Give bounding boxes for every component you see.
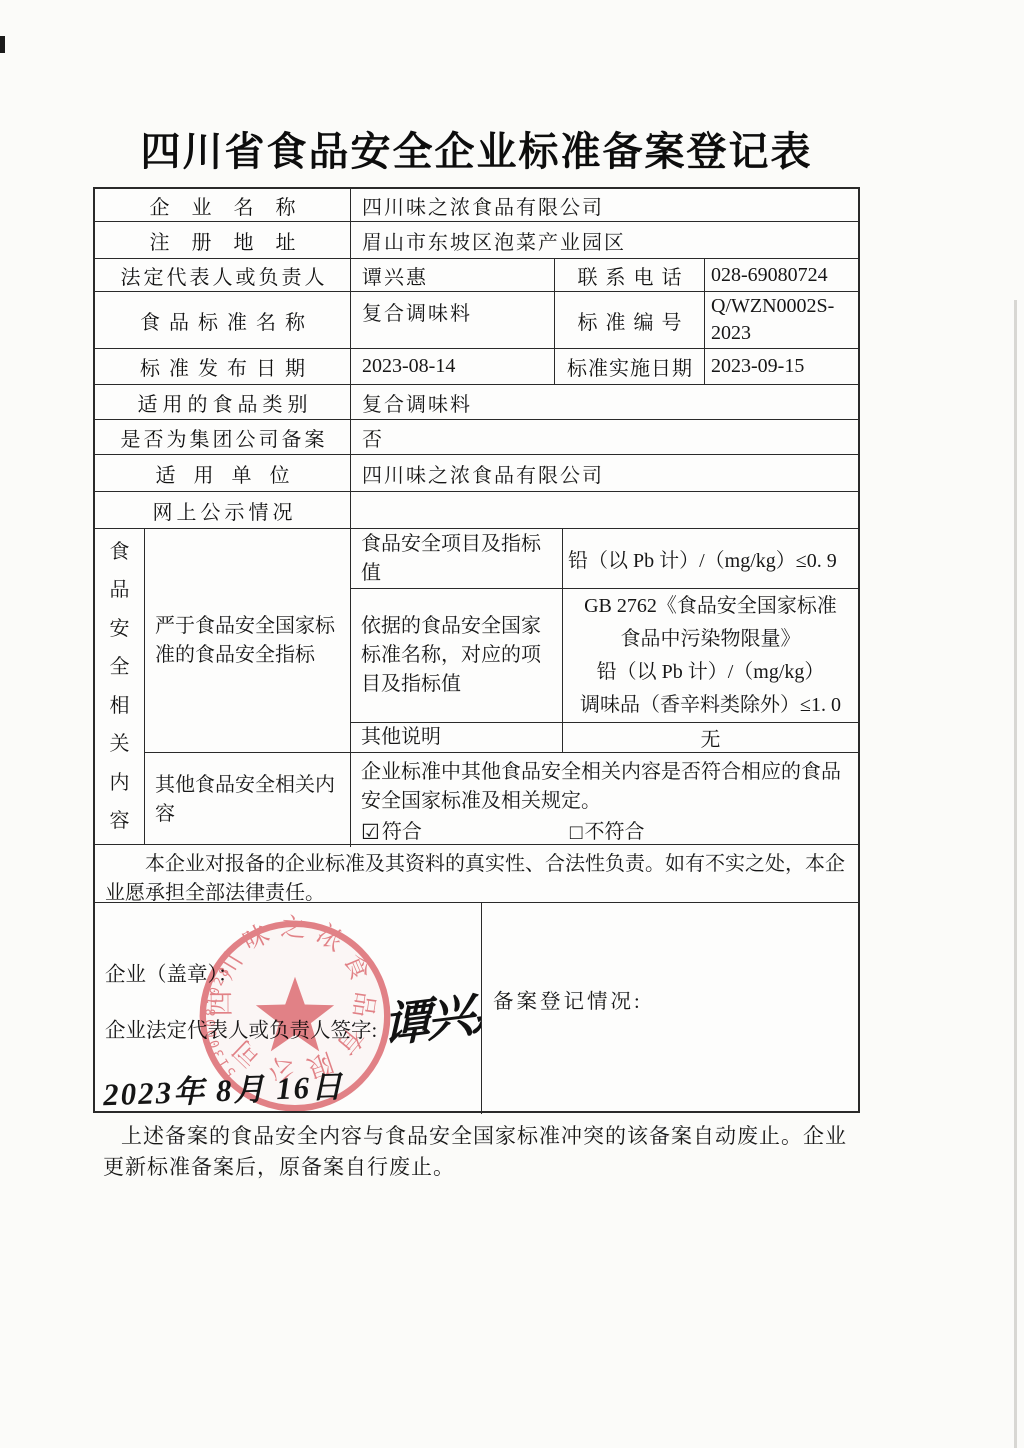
basis-line-4: 调味品（香辛料类除外）≤1. 0 bbox=[563, 689, 858, 722]
basis-line-3: 铅（以 Pb 计）/（mg/kg） bbox=[563, 656, 858, 689]
declaration-row: 本企业对报备的企业标准及其资料的真实性、合法性负责。如有不实之处，本企业愿承担全… bbox=[95, 845, 858, 903]
handwritten-date: 2023年 8月 16日 bbox=[102, 1061, 344, 1114]
basis-standard-value: GB 2762《食品安全国家标准 食品中污染物限量》 铅（以 Pb 计）/（mg… bbox=[563, 589, 858, 722]
group-filing-label: 是否为集团公司备案 bbox=[118, 423, 328, 452]
other-related-value-cell: 企业标准中其他食品安全相关内容是否符合相应的食品安全国家标准及相关规定。 ☑ 符… bbox=[351, 753, 858, 847]
phone-value: 028-69080724 bbox=[705, 259, 858, 291]
group-filing-label-cell: 是否为集团公司备案 bbox=[95, 420, 351, 454]
other-related-label-cell: 其他食品安全相关内容 bbox=[145, 753, 351, 847]
standard-name-label-cell: 食品标准名称 bbox=[95, 292, 351, 348]
scan-artifact-left bbox=[0, 36, 5, 53]
safety-side-label: 食品安全相关内容 bbox=[108, 533, 132, 841]
safety-item-label-cell: 食品安全项目及指标值 bbox=[351, 529, 563, 588]
signature-row: 企业（盖章）： 企业法定代表人或负责人签字: 2023年 8月 16日 谭兴惠 … bbox=[95, 903, 858, 1114]
other-related-text: 企业标准中其他食品安全相关内容是否符合相应的食品安全国家标准及相关规定。 bbox=[361, 761, 841, 812]
declaration-text: 本企业对报备的企业标准及其资料的真实性、合法性负责。如有不实之处，本企业愿承担全… bbox=[95, 845, 858, 902]
standard-name-value: 复合调味料 bbox=[351, 292, 555, 348]
row-food-category: 适用的食品类别 复合调味料 bbox=[95, 385, 858, 420]
online-publicity-label: 网上公示情况 bbox=[149, 496, 297, 525]
checkbox-unchecked-icon: □ bbox=[570, 818, 583, 847]
publish-date-value: 2023-08-14 bbox=[351, 349, 555, 384]
stricter-indicator-label: 严于食品安全国家标准的食品安全指标 bbox=[155, 612, 338, 670]
row-standard-dates: 标准发布日期 2023-08-14 标准实施日期 2023-09-15 bbox=[95, 349, 858, 385]
row-standard-name-number: 食品标准名称 复合调味料 标准编号 Q/WZN0002S-2023 bbox=[95, 292, 858, 349]
implement-date-label: 标准实施日期 bbox=[566, 352, 693, 381]
company-seal-cell: 企业（盖章）： 企业法定代表人或负责人签字: 2023年 8月 16日 谭兴惠 … bbox=[95, 903, 482, 1114]
basis-line-2: 食品中污染物限量》 bbox=[563, 623, 858, 656]
registration-status-cell: 备案登记情况: bbox=[482, 903, 858, 1114]
publish-date-label-cell: 标准发布日期 bbox=[95, 349, 351, 384]
food-category-label: 适用的食品类别 bbox=[133, 388, 313, 417]
group-filing-value: 否 bbox=[351, 420, 858, 454]
standard-number-label: 标准编号 bbox=[570, 306, 690, 335]
safety-item-value: 铅（以 Pb 计）/（mg/kg）≤0. 9 bbox=[563, 529, 858, 588]
company-name-value: 四川味之浓食品有限公司 bbox=[351, 189, 858, 221]
food-safety-section: 食品安全相关内容 严于食品安全国家标准的食品安全指标 食品安全项目及指标值 铅（… bbox=[95, 529, 858, 845]
legal-rep-label: 法定代表人或负责人 bbox=[118, 261, 328, 290]
safety-item-label: 食品安全项目及指标值 bbox=[361, 530, 550, 588]
publish-date-label: 标准发布日期 bbox=[131, 352, 314, 381]
phone-label: 联系电话 bbox=[570, 261, 690, 290]
row-company-name: 企业名称 四川味之浓食品有限公司 bbox=[95, 189, 858, 222]
online-publicity-label-cell: 网上公示情况 bbox=[95, 492, 351, 528]
safety-side-label-cell: 食品安全相关内容 bbox=[95, 529, 145, 844]
compliance-check-line: ☑ 符合 □ 不符合 bbox=[361, 818, 848, 847]
legal-rep-label-cell: 法定代表人或负责人 bbox=[95, 259, 351, 291]
applicable-unit-value: 四川味之浓食品有限公司 bbox=[351, 455, 858, 491]
applicable-unit-label: 适用单位 bbox=[138, 459, 308, 488]
row-legal-rep-phone: 法定代表人或负责人 谭兴惠 联系电话 028-69080724 bbox=[95, 259, 858, 292]
basis-standard-label: 依据的食品安全国家标准名称，对应的项目及指标值 bbox=[361, 612, 550, 699]
registration-table: 企业名称 四川味之浓食品有限公司 注册地址 眉山市东坡区泡菜产业园区 法定代表人… bbox=[93, 187, 860, 1113]
online-publicity-value bbox=[351, 492, 858, 528]
other-note-value: 无 bbox=[563, 723, 858, 752]
food-category-label-cell: 适用的食品类别 bbox=[95, 385, 351, 419]
company-name-label: 企业名称 bbox=[128, 191, 318, 220]
registered-address-label: 注册地址 bbox=[128, 226, 318, 255]
row-registered-address: 注册地址 眉山市东坡区泡菜产业园区 bbox=[95, 222, 858, 259]
other-note-label-cell: 其他说明 bbox=[351, 723, 563, 752]
registered-address-value: 眉山市东坡区泡菜产业园区 bbox=[351, 222, 858, 258]
basis-line-1: GB 2762《食品安全国家标准 bbox=[563, 590, 858, 623]
other-note-label: 其他说明 bbox=[361, 723, 441, 752]
basis-standard-label-cell: 依据的食品安全国家标准名称，对应的项目及指标值 bbox=[351, 589, 563, 722]
standard-number-value: Q/WZN0002S-2023 bbox=[705, 292, 858, 348]
applicable-unit-label-cell: 适用单位 bbox=[95, 455, 351, 491]
footer-note: 上述备案的食品安全内容与食品安全国家标准冲突的该备案自动废止。企业更新标准备案后… bbox=[103, 1121, 865, 1183]
legal-rep-value: 谭兴惠 bbox=[351, 259, 555, 291]
page-title: 四川省食品安全企业标准备案登记表 bbox=[0, 120, 953, 177]
registered-address-label-cell: 注册地址 bbox=[95, 222, 351, 258]
food-category-value: 复合调味料 bbox=[351, 385, 858, 419]
implement-date-label-cell: 标准实施日期 bbox=[555, 349, 705, 384]
standard-number-label-cell: 标准编号 bbox=[555, 292, 705, 348]
registration-status-label: 备案登记情况: bbox=[493, 984, 643, 1014]
company-name-label-cell: 企业名称 bbox=[95, 189, 351, 221]
row-applicable-unit: 适用单位 四川味之浓食品有限公司 bbox=[95, 455, 858, 492]
checkbox-unchecked-label: 不符合 bbox=[585, 818, 645, 847]
checkbox-checked-icon: ☑ bbox=[361, 818, 380, 847]
scan-artifact-right bbox=[1014, 300, 1017, 1448]
scanned-registration-form: 四川省食品安全企业标准备案登记表 企业名称 四川味之浓食品有限公司 注册地址 眉… bbox=[0, 0, 1024, 1448]
row-group-filing: 是否为集团公司备案 否 bbox=[95, 420, 858, 455]
other-related-label: 其他食品安全相关内容 bbox=[155, 771, 338, 829]
stricter-indicator-label-cell: 严于食品安全国家标准的食品安全指标 bbox=[145, 529, 351, 752]
implement-date-value: 2023-09-15 bbox=[705, 349, 858, 384]
standard-name-label: 食品标准名称 bbox=[131, 306, 314, 335]
checkbox-checked-label: 符合 bbox=[382, 818, 422, 847]
row-online-publicity: 网上公示情况 bbox=[95, 492, 858, 529]
phone-label-cell: 联系电话 bbox=[555, 259, 705, 291]
